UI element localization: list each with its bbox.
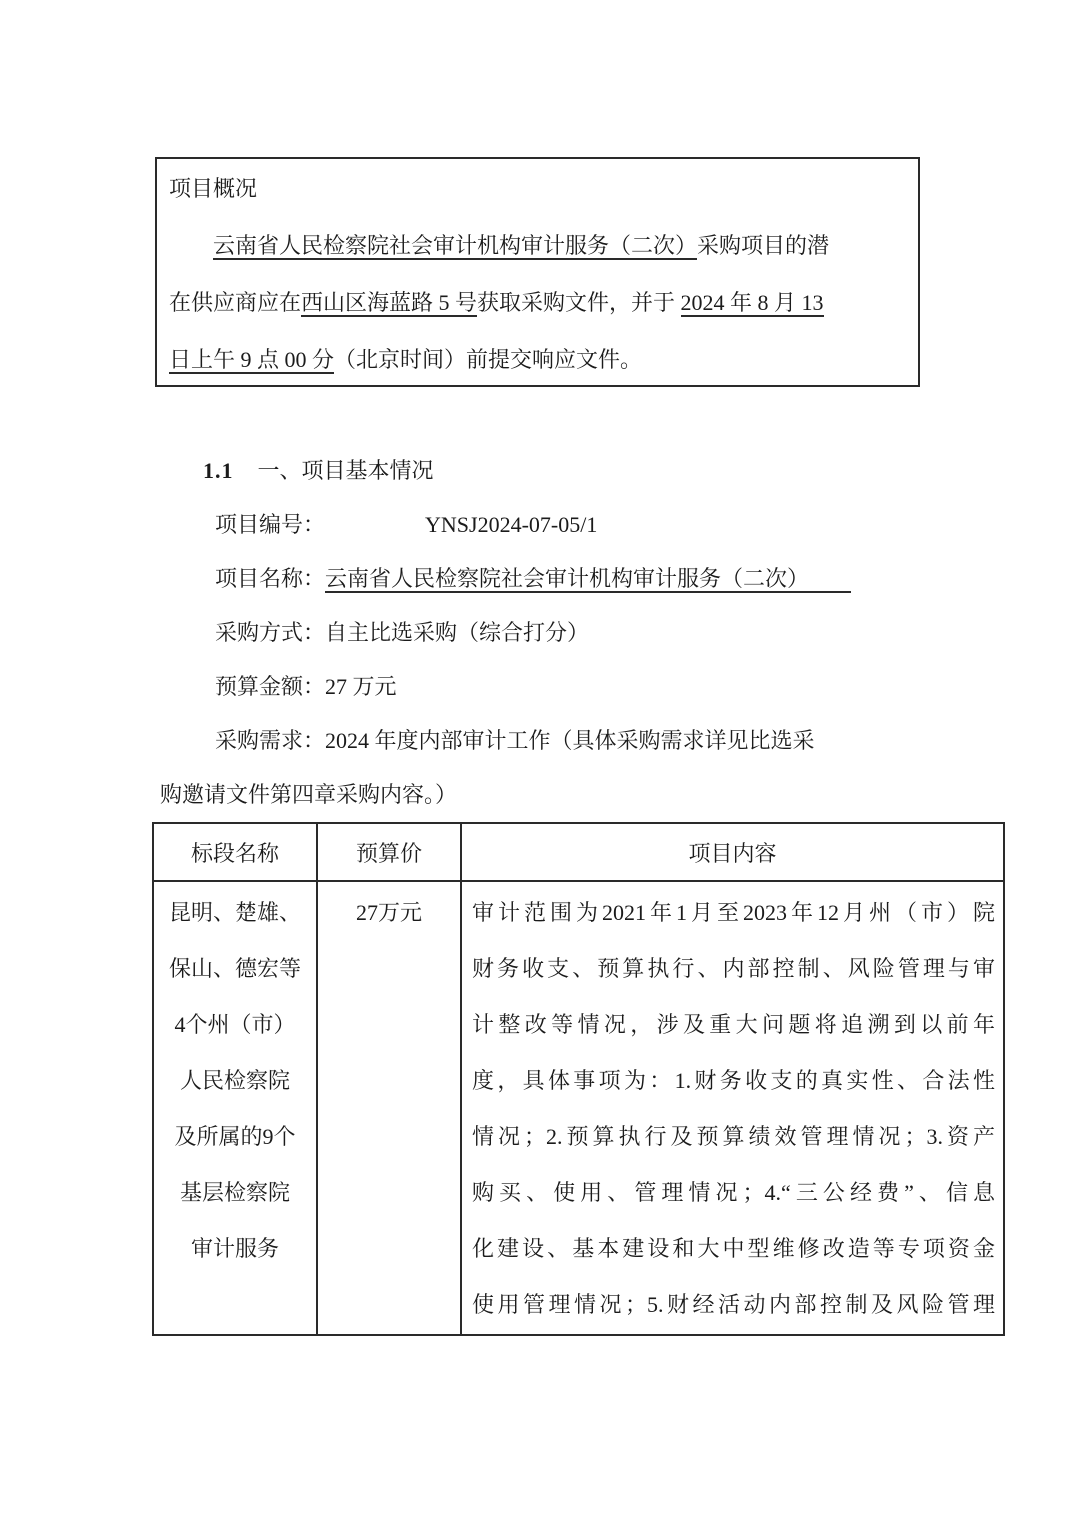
project-content-line: 购买、使用、管理情况；4.“三公经费”、信息 [472,1165,995,1221]
section-title: 一、项目基本情况 [258,458,434,483]
field-project-number: 项目编号：YNSJ2024-07-05/1 [160,498,1022,552]
budget-price-cell: 27万元 [317,881,461,1335]
project-content-cell: 审计范围为2021年1月至2023年12月州（市）院 财务收支、预算执行、内部控… [461,881,1004,1335]
section-basic-info: 1.1一、项目基本情况 项目编号：YNSJ2024-07-05/1 项目名称：云… [160,444,1022,822]
header-budget-price: 预算价 [317,823,461,881]
project-name-underline: 云南省人民检察院社会审计机构审计服务（二次） [213,233,697,260]
project-content-line: 情况；2.预算执行及预算绩效管理情况；3.资产 [472,1109,995,1165]
lot-name-line: 审计服务 [155,1221,315,1277]
project-number-label: 项目编号： [215,512,325,537]
project-content-line: 使用管理情况；5.财经活动内部控制及风险管理 [472,1277,995,1333]
field-procurement-demand-line-1: 采购需求：2024 年度内部审计工作（具体采购需求详见比选采 [160,714,1022,768]
project-content-line: 化建设、基本建设和大中型维修改造等专项资金 [472,1221,995,1277]
header-project-content: 项目内容 [461,823,1004,881]
lot-name-cell: 昆明、楚雄、 保山、德宏等 4个州（市） 人民检察院 及所属的9个 基层检察院 … [153,881,317,1335]
section-number: 1.1 [203,458,234,483]
deadline-time-underline: 日上午 9 点 00 分 [169,347,334,374]
overview-paragraph-line-3: 日上午 9 点 00 分（北京时间）前提交响应文件。 [169,331,906,387]
lots-table-header-row: 标段名称 预算价 项目内容 [153,823,1004,881]
overview-text-2: 在供应商应在 [169,290,301,315]
project-name-value: 云南省人民检察院社会审计机构审计服务（二次） [325,566,851,593]
lots-table: 标段名称 预算价 项目内容 昆明、楚雄、 保山、德宏等 4个州（市） 人民检察院… [152,822,1005,1336]
deadline-date-underline: 2024 年 8 月 13 [681,290,824,317]
project-content-line: 度，具体事项为：1.财务收支的真实性、合法性 [472,1053,995,1109]
field-procurement-demand-line-2: 购邀请文件第四章采购内容。） [160,768,1022,822]
lot-name-line: 人民检察院 [155,1053,315,1109]
project-name-label: 项目名称： [215,566,325,591]
lot-name-line: 4个州（市） [155,997,315,1053]
lot-name-line: 保山、德宏等 [155,941,315,997]
section-heading: 1.1一、项目基本情况 [160,444,1022,498]
field-budget-amount: 预算金额：27 万元 [160,660,1022,714]
overview-paragraph-line-1: 云南省人民检察院社会审计机构审计服务（二次）采购项目的潜 [169,217,906,274]
overview-text-1: 采购项目的潜 [697,233,829,258]
project-content-line: 财务收支、预算执行、内部控制、风险管理与审 [472,941,995,997]
lot-name-line: 基层检察院 [155,1165,315,1221]
lot-name-line: 及所属的9个 [155,1109,315,1165]
project-content-line: 审计范围为2021年1月至2023年12月州（市）院 [472,885,995,941]
project-number-value: YNSJ2024-07-05/1 [425,512,597,537]
overview-text-4: （北京时间）前提交响应文件。 [334,347,642,372]
overview-text-3: 获取采购文件，并于 [477,290,681,315]
header-lot-name: 标段名称 [153,823,317,881]
field-procurement-method: 采购方式：自主比选采购（综合打分） [160,606,1022,660]
address-underline: 西山区海蓝路 5 号 [301,290,477,317]
lot-name-line: 昆明、楚雄、 [155,885,315,941]
document-page: 项目概况 云南省人民检察院社会审计机构审计服务（二次）采购项目的潜 在供应商应在… [0,0,1074,1520]
overview-paragraph-line-2: 在供应商应在西山区海蓝路 5 号获取采购文件，并于 2024 年 8 月 13 [169,274,906,331]
budget-price-value: 27万元 [319,885,459,941]
lots-table-data-row: 昆明、楚雄、 保山、德宏等 4个州（市） 人民检察院 及所属的9个 基层检察院 … [153,881,1004,1335]
project-content-line: 计整改等情况，涉及重大问题将追溯到以前年 [472,997,995,1053]
project-overview-box: 项目概况 云南省人民检察院社会审计机构审计服务（二次）采购项目的潜 在供应商应在… [155,157,920,387]
overview-title: 项目概况 [169,160,906,217]
field-project-name: 项目名称：云南省人民检察院社会审计机构审计服务（二次） [160,552,1022,606]
